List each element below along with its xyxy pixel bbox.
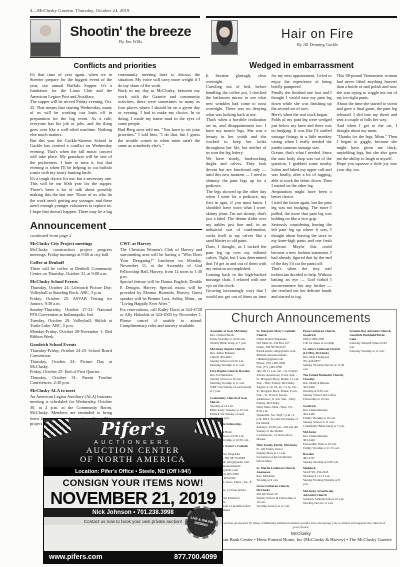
- ad-website: www.pifers.com: [49, 554, 102, 561]
- church-details: Office: 884-2387 Call for times of worsh…: [303, 337, 346, 345]
- announcement-item-text: McClusky construction project progress m…: [30, 247, 112, 258]
- church-name: The United Methodist Church, Chaseley: [303, 373, 346, 381]
- church-details: 402 4th Street W. Sunday School & Fellow…: [257, 492, 300, 508]
- church-listing: Bowdon 465-2797 Sunday Worship at 9:30 a…: [303, 452, 346, 464]
- church-details: Saturday Sabbath School 10 a.m. Worship …: [303, 497, 346, 505]
- church-name: St. Martin Lutheran Church, Anamoose: [257, 466, 300, 474]
- announcement-section: Announcement continued from page 2 McClu…: [30, 221, 202, 429]
- church-listing: St. Martin Lutheran Church, Anamoose Rev…: [257, 466, 300, 482]
- right-article-title: Hair on Fire: [238, 28, 397, 41]
- church-name: Peace Lutheran Church, Goodrich: [303, 329, 346, 337]
- church-details: Fr. Jeff Faehn, Pastor Sunday Mass at 11…: [257, 447, 300, 463]
- columnist-photo-jill-denning-gackle: [211, 20, 238, 55]
- church-details: Rev. Marchlan Worship at 9 a.m.: [257, 474, 300, 482]
- church-details: Rev. James Branum Church 363-2601 Sunday…: [210, 351, 253, 367]
- church-details: Saturday Sabbath School 9:45 a.m. Saturd…: [350, 341, 393, 353]
- left-article-title: Shootin' the breeze: [61, 24, 200, 38]
- announcement-rule: [109, 229, 202, 230]
- right-article-byline: By Jill Denning Gackle: [238, 42, 397, 47]
- left-article-headline: Conflicts and priorities: [30, 61, 200, 70]
- announcement-item: McClusky School Events Thursday, October…: [30, 279, 112, 339]
- church-details: Father Robert Wapenski 505 Main St., PO …: [257, 337, 300, 441]
- church-name: Seventh-Day Adventist Church, Goodrich-H…: [350, 329, 393, 341]
- church-listings: Assembly of God, McClusky Rev. Charles B…: [210, 329, 392, 519]
- masthead-dateline: 4—McClusky Gazette, Thursday, October 24…: [30, 8, 129, 13]
- announcement-item: CWC at Harvey The Christian Women's Club…: [120, 241, 202, 329]
- church-listing: Community Church of God, Mercer Worship …: [210, 396, 253, 420]
- right-article-header: Hair on Fire By Jill Denning Gackle: [206, 19, 397, 59]
- church-sponsor-note: This section sponsored by these communit…: [214, 521, 388, 530]
- left-article-header: Shootin' the breeze By Jim Wills: [30, 19, 200, 58]
- left-article-body: It's that time of year again, when we in…: [30, 72, 200, 218]
- church-name: McClusky Seventh-day Adventist Church: [303, 489, 346, 497]
- ad-phone: 877.700.4099: [174, 554, 217, 561]
- announcement-item: Coffee at Denhoff There will be coffee a…: [30, 260, 112, 277]
- church-name: Community Church of God, Mercer: [210, 396, 253, 404]
- announcement-item-text: Thursday-Friday, October 24-25: School B…: [30, 348, 112, 386]
- ad-center-line2: OF NORTH AMERICA: [44, 455, 222, 464]
- church-details: Rev. Matt Thompson 701-426-0877 Sunday W…: [303, 355, 346, 371]
- church-name: St. John's Lutheran Church (LCMS), McClu…: [303, 347, 346, 355]
- church-listing: First Baptist Church, Bowdon Rev. Ed Dui…: [210, 369, 253, 393]
- ad-auction-date: NOVEMBER 21, 2019: [44, 489, 222, 507]
- left-column-rule: [30, 16, 200, 18]
- ad-location-bar: Location: Pifer's Office • Steele, ND (O…: [44, 467, 222, 476]
- church-details: Rev. Marilyn Rhodes 363-2420 Worship at …: [303, 381, 346, 401]
- church-details: Rev. Daniel Rhodes 363-2420 Fellowship T…: [303, 434, 346, 450]
- announcement-item: Goodrich School Events Thursday-Friday, …: [30, 342, 112, 386]
- church-listing: Goodrich Rev. Daniel Rhodes 363-2420 Fam…: [303, 404, 346, 428]
- church-sponsors-line: American Bank Center • Hertz Funeral Hom…: [206, 537, 396, 542]
- church-listing: St. Margaret Mary's Catholic Church Fath…: [257, 329, 300, 441]
- announcement-list: McClusky City Project meetings McClusky …: [30, 241, 202, 429]
- church-listing: St. John's Lutheran Church (LCMS), McClu…: [303, 347, 346, 371]
- church-section-title: Church Announcements: [206, 312, 396, 326]
- announcement-item-text: The Christian Women's Club of Harvey and…: [120, 247, 202, 329]
- church-listing: McClusky Seventh-day Adventist Church Sa…: [303, 489, 346, 505]
- right-article-body: It became glaringly clear overnight. Cra…: [206, 73, 397, 303]
- announcement-continued-note: continued from page 2: [30, 233, 202, 238]
- pifers-auction-ad: Pifer's AUCTIONEERS AUCTION CENTER OF NO…: [43, 418, 223, 564]
- church-details: 465-2797 Sunday Worship at 9:30 a.m.: [303, 456, 346, 464]
- church-listing: Peace Lutheran Church, Goodrich Office: …: [303, 329, 346, 345]
- church-announcements-section: Church Announcements Assembly of God, Mc…: [205, 309, 397, 550]
- church-listing: Holy Family Parish, McClusky Fr. Jeff Fa…: [257, 443, 300, 463]
- church-listing: Maddock 544-0729, 334-2445 Worship at 11…: [303, 466, 346, 486]
- left-article-byline: By Jim Wills: [61, 39, 200, 44]
- ad-footer-bar: www.pifers.com 877.700.4099: [44, 551, 222, 563]
- church-listing: The United Methodist Church, Chaseley Re…: [303, 373, 346, 401]
- church-sponsor-town: McClusky: [206, 531, 396, 536]
- announcement-item: McClusky City Project meetings McClusky …: [30, 241, 112, 258]
- right-column-rule: [206, 16, 397, 18]
- church-details: 544-0729, 334-2445 Worship at 11:15 a.m.…: [303, 470, 346, 486]
- church-listing: McClusky Baptist Church Rev. James Branu…: [210, 347, 253, 367]
- church-listing: Seventh-Day Adventist Church, Goodrich-H…: [350, 329, 393, 353]
- ad-header: Pifer's AUCTIONEERS AUCTION CENTER OF NO…: [44, 419, 222, 467]
- church-name: Grace Lutheran Church, McClusky: [257, 484, 300, 492]
- church-listing: Assembly of God, McClusky Rev. Charles B…: [210, 329, 253, 345]
- church-details: Rev. Daniel Rhodes 363-2420 Family Worsh…: [303, 408, 346, 428]
- church-details: Rev. Charles Block Praise Worship at 10:…: [210, 333, 253, 345]
- columnist-photo-jim-wills: [30, 19, 61, 57]
- announcement-item-text: Thursday, October 24: Lifetouch Picture …: [30, 285, 112, 340]
- church-listing: Grace Lutheran Church, McClusky 402 4th …: [257, 484, 300, 508]
- announcement-title: Announcement: [30, 221, 106, 232]
- right-article-headline: Wedged in embarrassment: [206, 61, 397, 70]
- church-name: St. Margaret Mary's Catholic Church: [257, 329, 300, 337]
- newspaper-page: 4—McClusky Gazette, Thursday, October 24…: [0, 0, 400, 567]
- church-details: Rev. Ed Duitsman Sunday School at 10 a.m…: [210, 373, 253, 393]
- announcement-item-text: There will be coffee at Denhoff Communit…: [30, 266, 112, 277]
- church-listing: McClusky Rev. Daniel Rhodes 363-2420 Fel…: [303, 430, 346, 450]
